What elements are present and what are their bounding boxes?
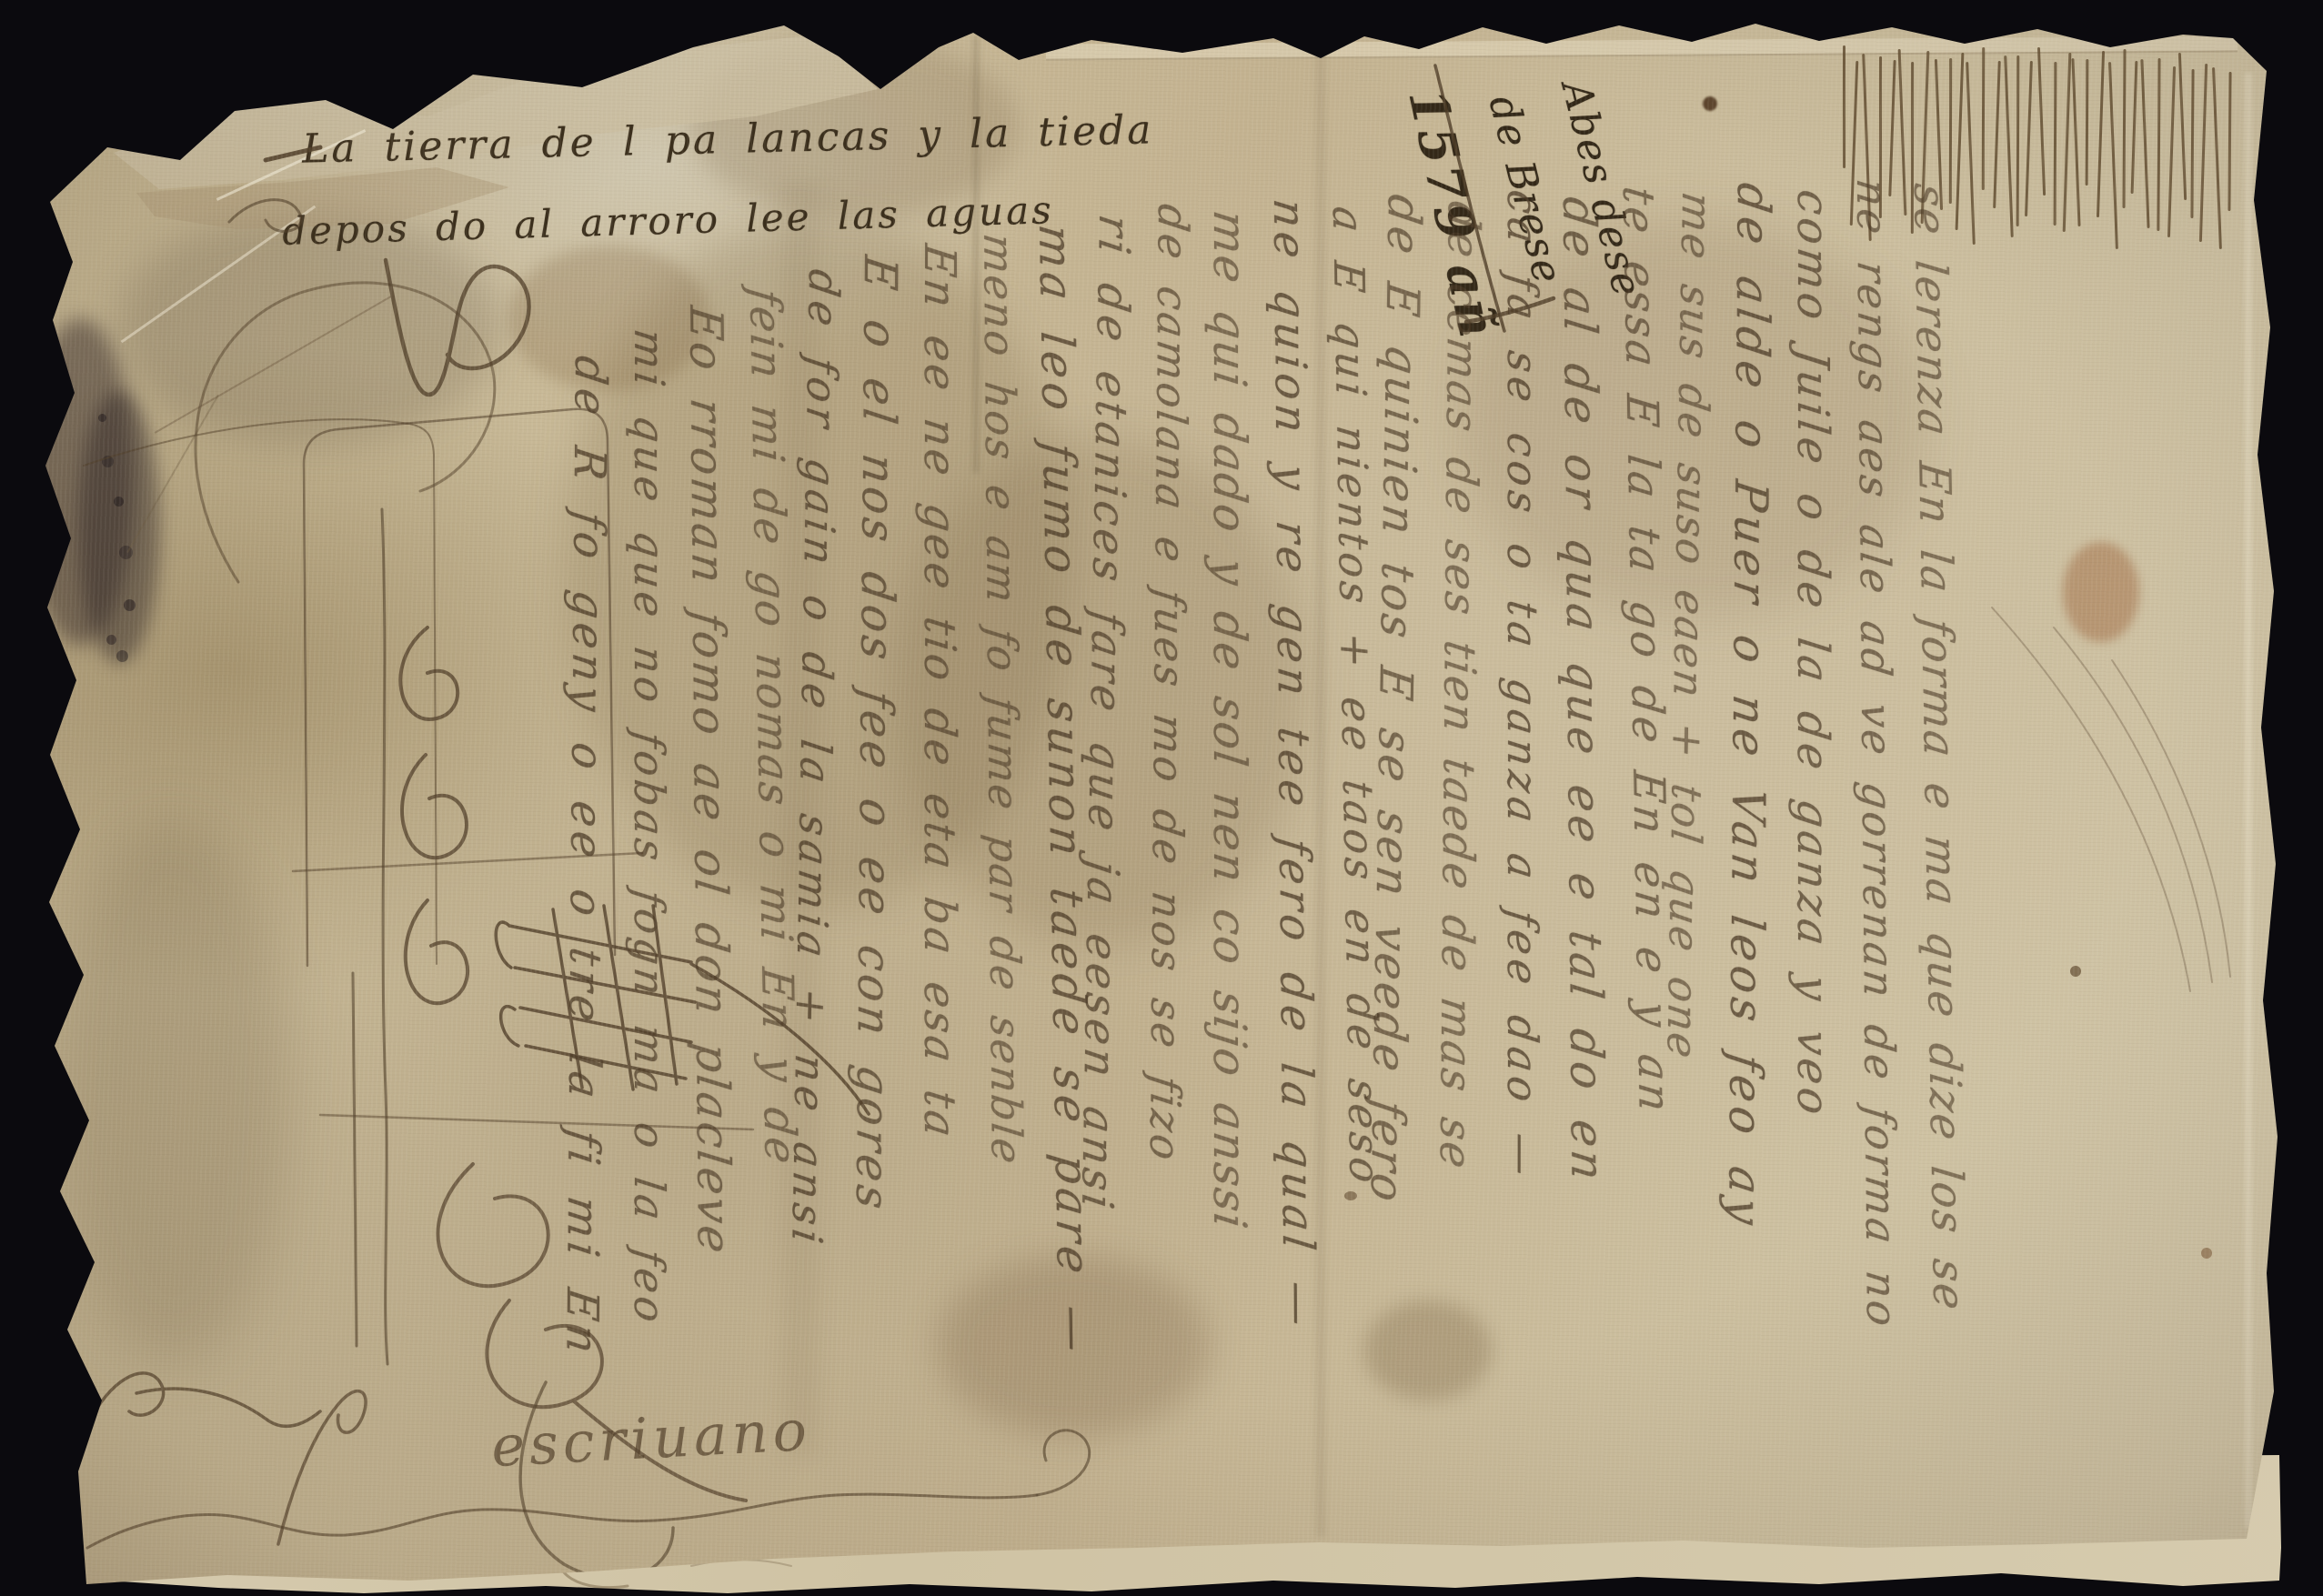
ink-spot xyxy=(1703,96,1717,111)
manuscript-text-line: de cemas de ses tien taede de mas se xyxy=(1433,199,1485,1173)
signature-squiggle-diagonal xyxy=(278,1391,366,1544)
tally-stroke xyxy=(2004,55,2014,237)
tally-stroke xyxy=(2190,69,2194,218)
manuscript-text-line: ne rengs aes ale ad ve gorrenan de forma… xyxy=(1851,177,1903,1331)
tally-stroke xyxy=(2025,61,2033,216)
manuscript-text-line: ne quion y re gen tee fero de la qual — xyxy=(1267,197,1321,1332)
tally-stroke xyxy=(2167,66,2176,237)
photograph-background: La tierra de l pa lancas y la tieda depo… xyxy=(0,0,2323,1596)
tally-stroke xyxy=(2178,53,2187,200)
stain xyxy=(55,818,291,1364)
stain xyxy=(1364,1300,1492,1400)
tally-stroke xyxy=(2096,51,2104,217)
tally-stroke xyxy=(1956,53,1965,230)
tally-stroke xyxy=(2228,72,2232,211)
tally-stroke xyxy=(1993,61,2001,208)
pen-trial-curves xyxy=(1992,607,2230,991)
manuscript-text-line: meno hos e am fo fume par de senble xyxy=(978,232,1028,1168)
tally-stroke xyxy=(1843,45,1845,168)
crease-line xyxy=(126,395,219,553)
signature-squiggle-left xyxy=(87,1373,320,1426)
manuscript-text-line: de alde o Puer o ne Van leos feo ay xyxy=(1722,180,1776,1231)
tally-stroke xyxy=(2016,55,2020,226)
tally-stroke xyxy=(2212,67,2222,249)
manuscript-page: La tierra de l pa lancas y la tieda depo… xyxy=(0,0,2323,1596)
signature-baseline-squiggle xyxy=(87,1494,1037,1548)
rust-spot xyxy=(2063,542,2139,642)
manuscript-text-line: de R fo geny o ee o tre la fi mi En xyxy=(559,354,612,1360)
tally-stroke xyxy=(1982,47,1985,190)
manuscript-text-line: de camolana e fues mo de nos se fizo xyxy=(1144,202,1194,1165)
tally-stroke xyxy=(2199,64,2207,242)
signature-terminal-flourish xyxy=(1037,1430,1090,1495)
manuscript-text-line: ca fa se cos o ta ganza a fee dao — xyxy=(1502,187,1544,1182)
crease-line xyxy=(155,296,392,434)
manuscript-text-line: me qui dado y de sol nen co sijo anssi xyxy=(1207,208,1252,1233)
manuscript-text-line: Eo rroman fomo ae ol don placleve xyxy=(683,304,737,1258)
manuscript-text-line: de al de or qua que ee e tal do en xyxy=(1556,195,1611,1186)
manuscript-text-line: se lerenza En la forma e ma que dize los… xyxy=(1907,182,1971,1313)
tally-stroke xyxy=(2140,59,2149,228)
scribe-word: escriuano xyxy=(489,1397,812,1480)
tally-stroke xyxy=(1949,58,1952,204)
manuscript-text-line: como Juile o de la de ganza y veo xyxy=(1791,187,1835,1120)
rubric-heart-loops xyxy=(400,627,468,1003)
tally-stroke xyxy=(2062,53,2071,232)
mold-speckles xyxy=(98,414,106,422)
ink-spot xyxy=(2070,966,2081,977)
manuscript-text-line: fein mi de go nomas o mi En y de xyxy=(743,286,802,1168)
tally-stroke xyxy=(2157,58,2160,231)
tally-stroke xyxy=(2037,47,2046,195)
tally-stroke xyxy=(2086,59,2089,186)
tally-stroke xyxy=(1966,62,1976,245)
tally-stroke xyxy=(1888,60,1896,196)
ink-spot xyxy=(2201,1248,2212,1259)
tally-stroke xyxy=(2123,49,2127,208)
grime-smudge xyxy=(25,318,135,646)
tally-stroke xyxy=(2130,61,2137,194)
grime-smudge xyxy=(78,391,160,664)
tally-stroke xyxy=(2071,58,2080,226)
tally-stroke xyxy=(2054,62,2057,226)
rubric-hairline xyxy=(84,419,437,964)
rubric-top-oval xyxy=(196,283,495,582)
manuscript-text-line: E o el nos dos fee o ee con gores xyxy=(850,253,903,1215)
tally-stroke xyxy=(2108,62,2118,249)
manuscript-text-line: En ee ne gee tio de eta ba esa ta xyxy=(918,242,961,1142)
manuscript-text-line: te essa E la ta go de En en e y an xyxy=(1616,185,1676,1117)
ink-spot xyxy=(1344,1191,1357,1200)
right-edge-highlight xyxy=(2245,73,2252,1528)
manuscript-text-line: mi que que no fobas fogn ma o la feo xyxy=(629,326,670,1328)
rubric-grand-loop xyxy=(386,260,529,395)
header-annotation-line-1: La tierra de l pa lancas y la tieda xyxy=(302,106,1154,172)
rubric-long-vertical xyxy=(353,509,387,1364)
